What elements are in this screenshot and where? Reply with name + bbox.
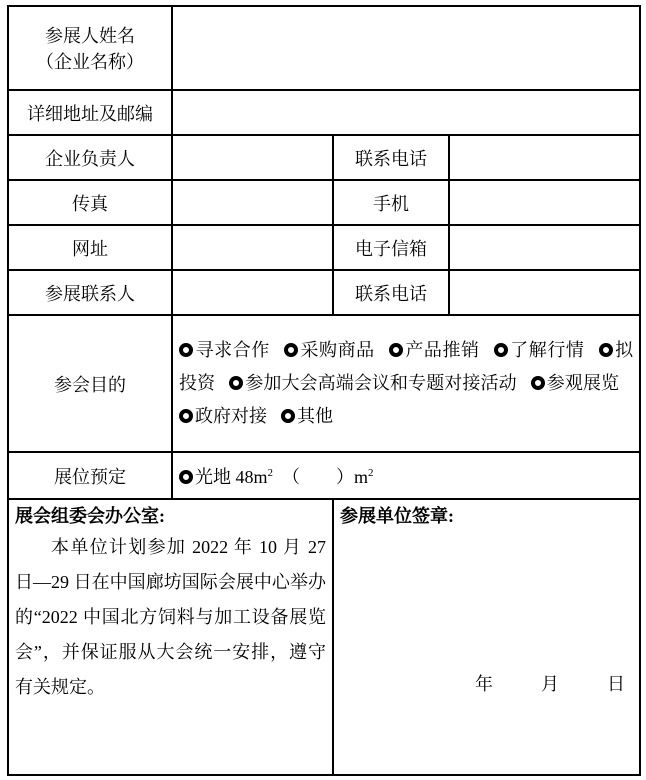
row-fax-mobile: 传真 手机 (8, 180, 640, 225)
contact-phone-label: 联系电话 (355, 149, 427, 169)
purpose-option-other[interactable]: 其他 (281, 406, 333, 426)
exhibit-contact-phone-label: 联系电话 (355, 284, 427, 304)
booth-options-cell: 光地 48m2 （ ）m2 (172, 452, 640, 499)
registration-form-page: 参展人姓名 （企业名称） 详细地址及邮编 企业负责人 联系电话 传真 (0, 0, 646, 780)
fax-label-cell: 传真 (8, 180, 172, 225)
circle-bullet-icon (389, 343, 403, 357)
row-address: 详细地址及邮编 (8, 90, 640, 135)
mobile-label: 手机 (373, 194, 409, 214)
circle-bullet-icon (229, 376, 243, 390)
organizing-office-title: 展会组委会办公室: (15, 502, 326, 528)
participation-statement: 本单位计划参加 2022 年 10 月 27 日—29 日在中国廊坊国际会展中心… (15, 530, 326, 705)
exhibitor-name-label-line2: （企业名称） (15, 48, 165, 74)
purpose-option-purchase-goods[interactable]: 采购商品 (284, 340, 375, 360)
circle-bullet-icon (179, 343, 193, 357)
circle-bullet-icon (179, 470, 193, 484)
address-label-cell: 详细地址及邮编 (8, 90, 172, 135)
purpose-option-seek-cooperation[interactable]: 寻求合作 (179, 340, 270, 360)
date-row: 年 月 日 (475, 670, 625, 696)
organizing-office-cell: 展会组委会办公室: 本单位计划参加 2022 年 10 月 27 日—29 日在… (8, 499, 333, 775)
website-label-cell: 网址 (8, 225, 172, 270)
company-head-label-cell: 企业负责人 (8, 135, 172, 180)
exhibit-contact-phone-label-cell: 联系电话 (333, 270, 449, 315)
fax-input-cell[interactable] (172, 180, 333, 225)
purpose-label: 参会目的 (54, 375, 126, 395)
exhibitor-name-input-cell[interactable] (172, 6, 640, 90)
row-exhibit-contact: 参展联系人 联系电话 (8, 270, 640, 315)
circle-bullet-icon (281, 409, 295, 423)
circle-bullet-icon (179, 409, 193, 423)
purpose-options-cell: 寻求合作采购商品产品推销了解行情拟投资参加大会高端会议和专题对接活动参观展览政府… (172, 315, 640, 452)
row-purpose: 参会目的 寻求合作采购商品产品推销了解行情拟投资参加大会高端会议和专题对接活动参… (8, 315, 640, 452)
address-label: 详细地址及邮编 (27, 104, 153, 124)
booth-label-cell: 展位预定 (8, 452, 172, 499)
email-label-cell: 电子信箱 (333, 225, 449, 270)
circle-bullet-icon (494, 343, 508, 357)
row-footer: 展会组委会办公室: 本单位计划参加 2022 年 10 月 27 日—29 日在… (8, 499, 640, 775)
purpose-option-government-matching[interactable]: 政府对接 (179, 406, 267, 426)
booth-blank-area[interactable]: （ ）m (273, 467, 368, 487)
exhibition-registration-table: 参展人姓名 （企业名称） 详细地址及邮编 企业负责人 联系电话 传真 (7, 5, 641, 776)
row-exhibitor-name: 参展人姓名 （企业名称） (8, 6, 640, 90)
company-head-input-cell[interactable] (172, 135, 333, 180)
mobile-label-cell: 手机 (333, 180, 449, 225)
signature-title: 参展单位签章: (340, 506, 454, 526)
company-head-label: 企业负责人 (45, 149, 135, 169)
circle-bullet-icon (531, 376, 545, 390)
fax-label: 传真 (72, 194, 108, 214)
mobile-input-cell[interactable] (449, 180, 640, 225)
square-meter-sup: 2 (368, 467, 374, 479)
email-input-cell[interactable] (449, 225, 640, 270)
row-company-head: 企业负责人 联系电话 (8, 135, 640, 180)
contact-phone-input-cell[interactable] (449, 135, 640, 180)
date-month-label[interactable]: 月 (541, 670, 559, 696)
exhibit-contact-phone-input-cell[interactable] (449, 270, 640, 315)
purpose-option-conference-activities[interactable]: 参加大会高端会议和专题对接活动 (229, 373, 516, 393)
booth-label: 展位预定 (54, 467, 126, 487)
signature-cell[interactable]: 参展单位签章: 年 月 日 (333, 499, 640, 775)
purpose-label-cell: 参会目的 (8, 315, 172, 452)
row-booth: 展位预定 光地 48m2 （ ）m2 (8, 452, 640, 499)
exhibit-contact-label: 参展联系人 (45, 284, 135, 304)
contact-phone-label-cell: 联系电话 (333, 135, 449, 180)
exhibitor-name-label-cell: 参展人姓名 （企业名称） (8, 6, 172, 90)
address-input-cell[interactable] (172, 90, 640, 135)
row-website-email: 网址 电子信箱 (8, 225, 640, 270)
purpose-option-market-info[interactable]: 了解行情 (494, 340, 585, 360)
exhibit-contact-label-cell: 参展联系人 (8, 270, 172, 315)
date-year-label[interactable]: 年 (475, 670, 493, 696)
exhibit-contact-input-cell[interactable] (172, 270, 333, 315)
purpose-option-visit-exhibition[interactable]: 参观展览 (531, 373, 619, 393)
circle-bullet-icon (284, 343, 298, 357)
email-label: 电子信箱 (355, 239, 427, 259)
website-label: 网址 (72, 239, 108, 259)
booth-option-open-space[interactable]: 光地 48m2 （ ）m2 (179, 467, 374, 487)
circle-bullet-icon (599, 343, 613, 357)
website-input-cell[interactable] (172, 225, 333, 270)
exhibitor-name-label-line1: 参展人姓名 (15, 22, 165, 48)
purpose-option-product-promotion[interactable]: 产品推销 (389, 340, 480, 360)
date-day-label[interactable]: 日 (607, 670, 625, 696)
